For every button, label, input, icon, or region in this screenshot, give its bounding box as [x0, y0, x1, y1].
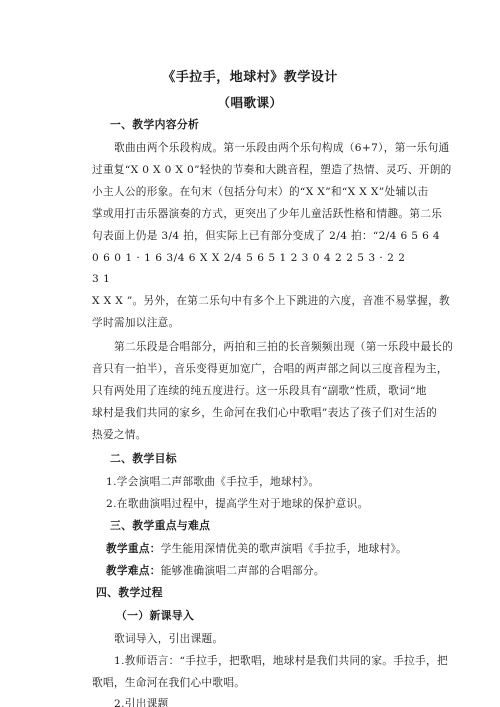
- subsection-heading-intro: （一）新课导入: [116, 609, 446, 623]
- process-line: 歌唱，生命河在我们心中歌唱。: [92, 676, 422, 690]
- process-line: 2.引出课题: [114, 697, 444, 707]
- section-heading-key-points: 三、教学重点与难点: [110, 519, 440, 533]
- paragraph-line: 过重复“X 0 X 0 X 0”轻快的节奏和大跳音程，塑造了热情、灵巧、开朗的: [92, 163, 422, 177]
- paragraph-line: 学时需加以注意。: [92, 316, 422, 330]
- paragraph-line: 球村是我们共同的家乡，生命河在我们心中歌唱”表达了孩子们对生活的: [92, 406, 422, 420]
- paragraph-line: X X X ”。另外，在第二乐句中有多个上下跳进的六度，音准不易掌握，教: [92, 294, 422, 308]
- difficulty-label: 教学难点：: [106, 565, 161, 577]
- paragraph-line: 小主人公的形象。在句末（包括分句末）的“X X”和“X X X”处辅以击: [92, 185, 422, 199]
- section-heading-objectives: 二、教学目标: [110, 452, 440, 466]
- difficulty-item: 教学难点：能够准确演唱二声部的合唱部分。: [106, 564, 436, 578]
- section-heading-process: 四、教学过程: [96, 586, 426, 600]
- process-line: 1.教师语言：“手拉手，把歌唱，地球村是我们共同的家。手拉手，把: [114, 654, 444, 668]
- paragraph-line: 热爱之情。: [92, 428, 422, 442]
- key-point-text: 学生能用深情优美的歌声演唱《手拉手，地球村》。: [161, 543, 407, 555]
- difficulty-text: 能够准确演唱二声部的合唱部分。: [161, 565, 325, 577]
- key-point-item: 教学重点：学生能用深情优美的歌声演唱《手拉手，地球村》。: [106, 542, 436, 556]
- paragraph-line: 掌或用打击乐器演奏的方式，更突出了少年儿童活跃性格和情趣。第二乐: [92, 207, 422, 221]
- paragraph-line: 第二乐段是合唱部分，两拍和三拍的长音频频出现（第一乐段中最长的: [114, 340, 444, 354]
- document-page: 《手拉手，地球村》教学设计 （唱歌课） 一、教学内容分析 歌曲由两个乐段构成。第…: [0, 0, 500, 707]
- key-point-label: 教学重点：: [106, 543, 161, 555]
- objective-item: 1.学会演唱二声部歌曲《手拉手，地球村》。: [106, 475, 436, 489]
- paragraph-line: 句表面上仍是 3/4 拍，但实际上已有部分变成了 2/4 拍：“2/4 6 5 …: [92, 229, 422, 243]
- objective-item: 2.在歌曲演唱过程中，提高学生对于地球的保护意识。: [106, 497, 436, 511]
- process-line: 歌词导入，引出课题。: [114, 632, 444, 646]
- document-subtitle: （唱歌课）: [0, 93, 500, 111]
- section-heading-content-analysis: 一、教学内容分析: [110, 118, 440, 132]
- document-title: 《手拉手，地球村》教学设计: [0, 66, 500, 85]
- music-notation-line: 0 6 0 1 · 1 6 3/4 6 X X 2/4 5 6 5 1 2 3 …: [92, 252, 406, 264]
- paragraph-line: 只有两处用了连续的纯五度进行。这一乐段具有“副歌”性质，歌词“地: [92, 384, 422, 398]
- paragraph-line: 音只有一拍半），音乐变得更加宽广，合唱的两声部之间以三度音程为主，: [92, 362, 422, 376]
- paragraph-line: 歌曲由两个乐段构成。第一乐段由两个乐句构成（6+7），第一乐句通: [114, 141, 444, 155]
- music-notation-line: 3 1: [92, 273, 110, 285]
